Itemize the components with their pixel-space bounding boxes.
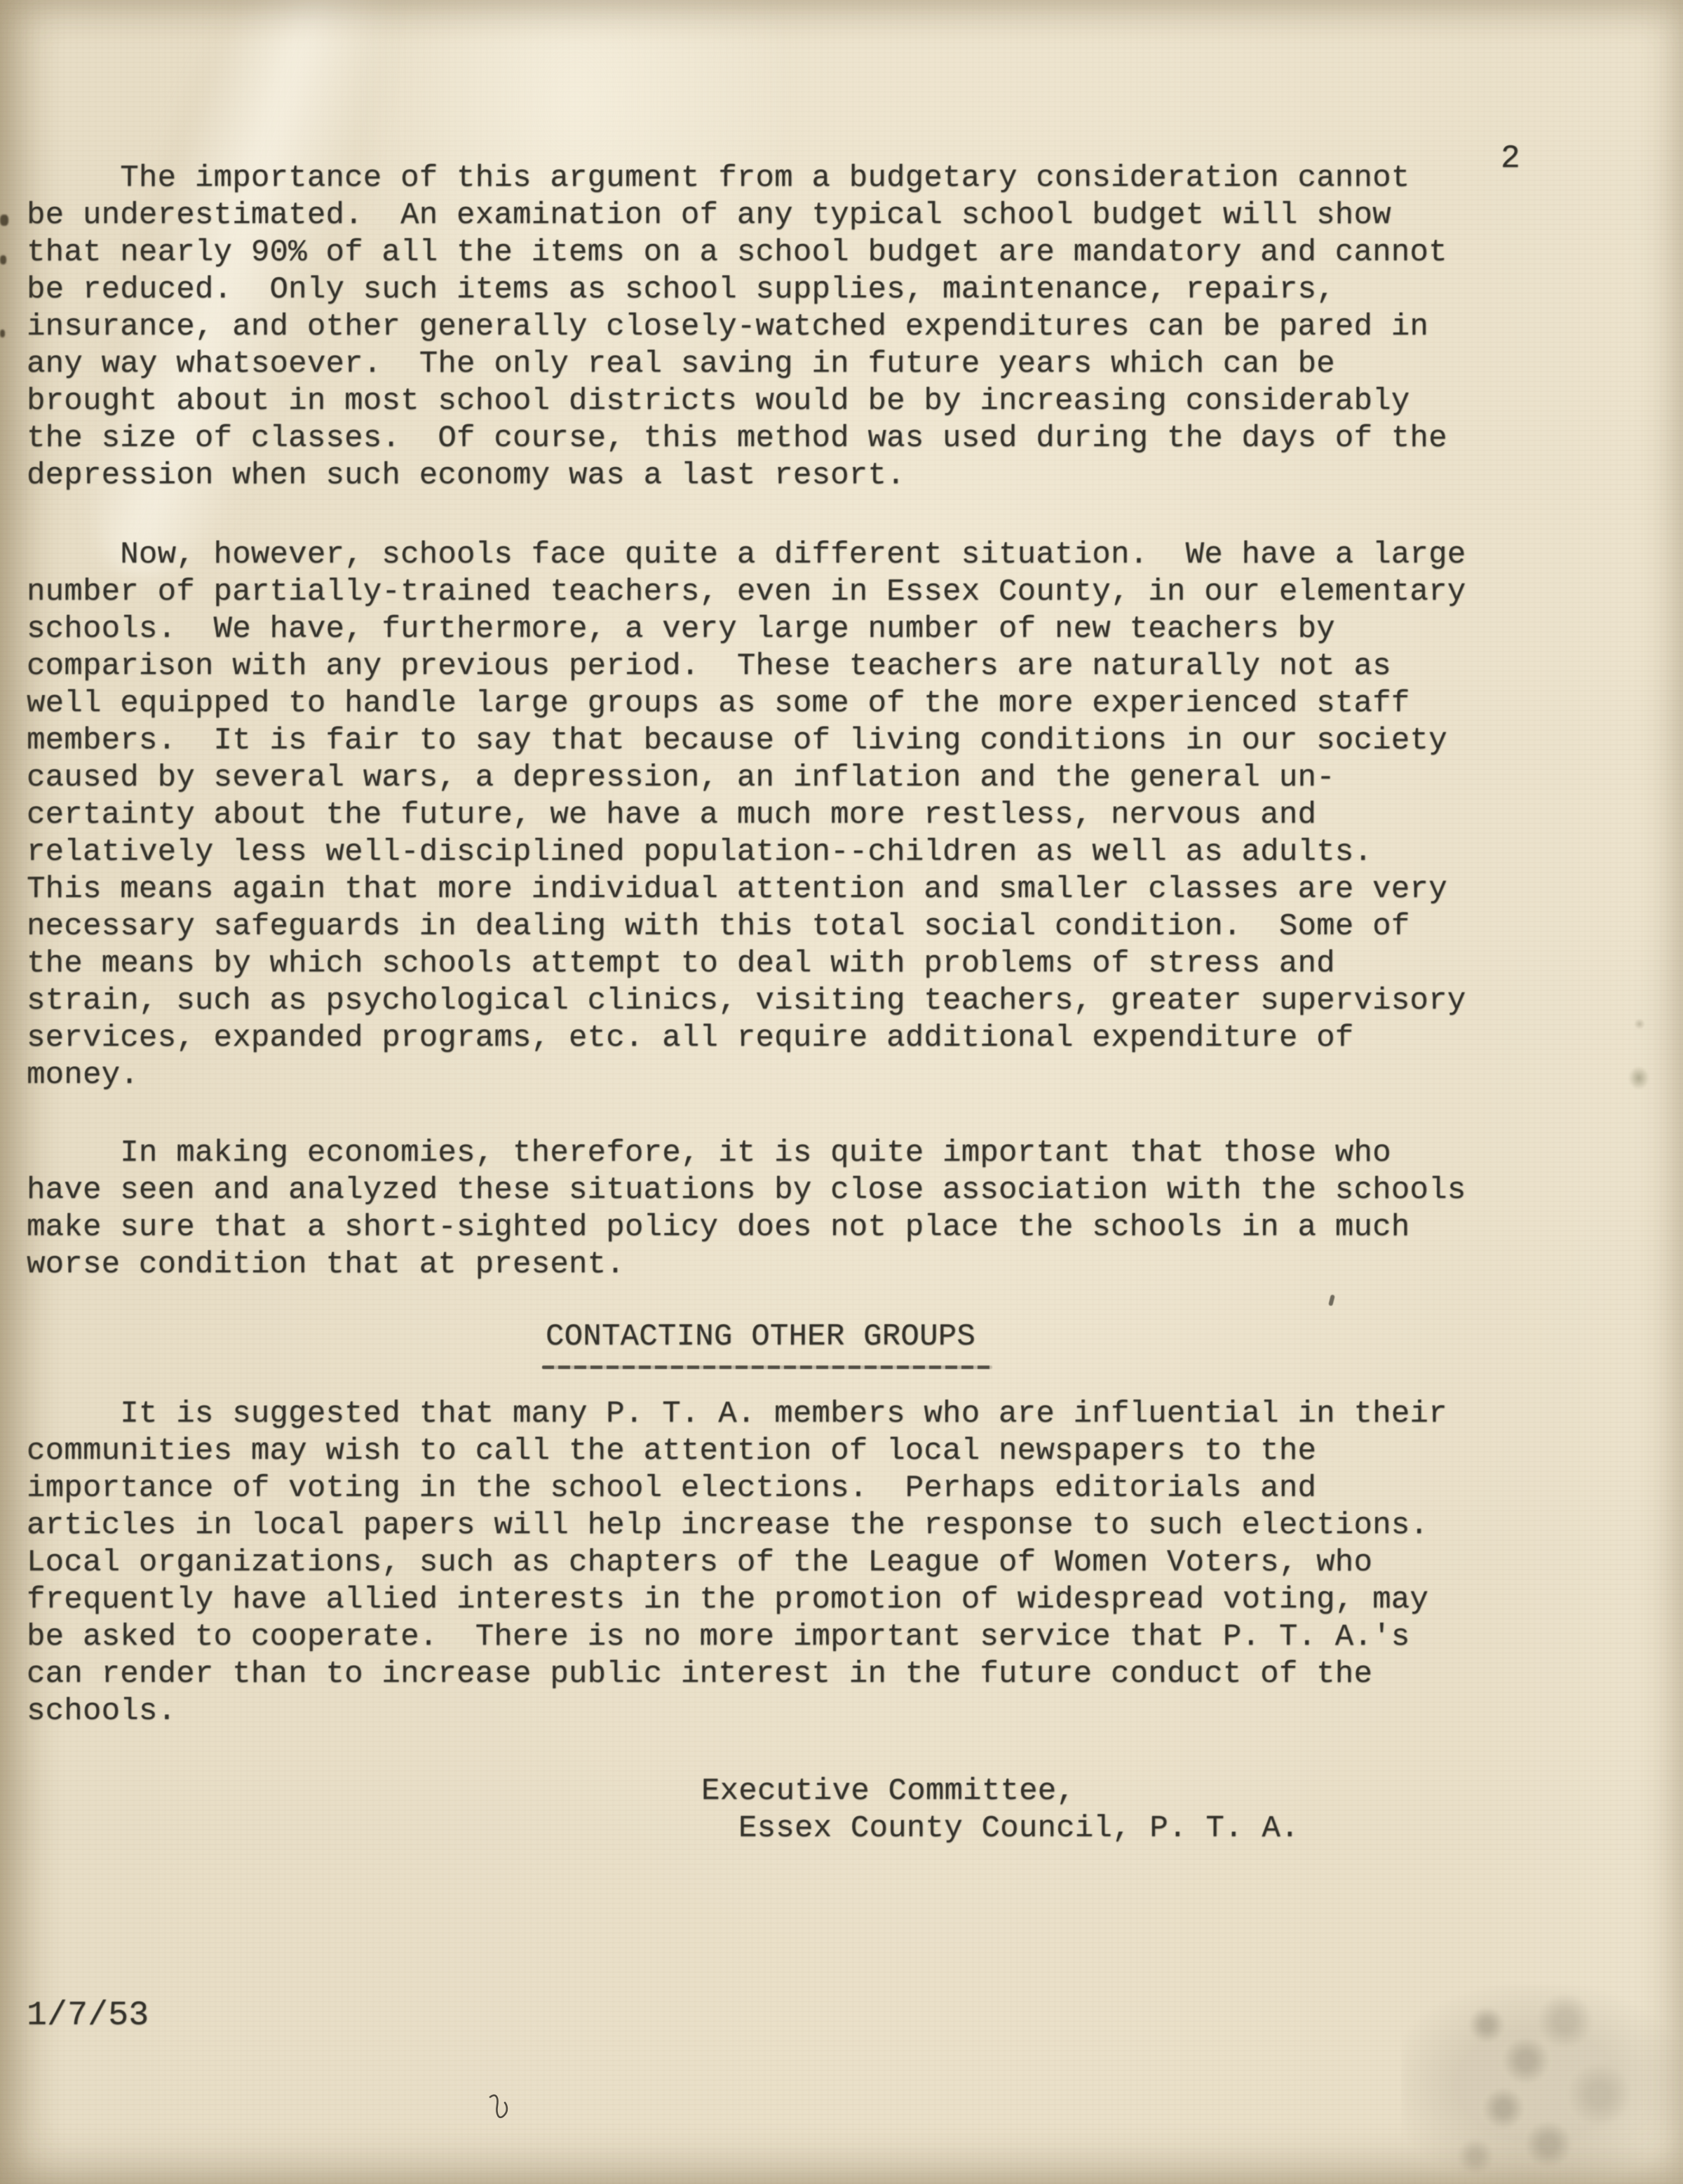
signature-line-2: Essex County Council, P. T. A.: [738, 1810, 1299, 1847]
page-number: 2: [1501, 140, 1520, 177]
section-heading: CONTACTING OTHER GROUPS: [546, 1319, 975, 1356]
edge-speck: [0, 215, 8, 226]
heading-underline: [542, 1366, 992, 1369]
document-page: 2 The importance of this argument from a…: [0, 0, 1683, 2184]
paragraph-4: It is suggested that many P. T. A. membe…: [27, 1396, 1447, 1730]
paragraph-1: The importance of this argument from a b…: [27, 160, 1447, 494]
ink-stain-small: [1634, 1018, 1645, 1030]
date-stamp: 1/7/53: [27, 1997, 149, 2035]
edge-speck: [0, 255, 6, 264]
paragraph-2: Now, however, schools face quite a diffe…: [27, 537, 1466, 1094]
edge-speck: [0, 330, 5, 337]
pen-squiggle-mark: [486, 2091, 520, 2132]
paragraph-3: In making economies, therefore, it is qu…: [27, 1135, 1466, 1283]
signature-line-1: Executive Committee,: [701, 1773, 1075, 1810]
ink-stain: [1628, 1066, 1649, 1090]
stray-ink-mark: [1328, 1295, 1335, 1307]
smudge-stain: [1402, 1985, 1683, 2184]
